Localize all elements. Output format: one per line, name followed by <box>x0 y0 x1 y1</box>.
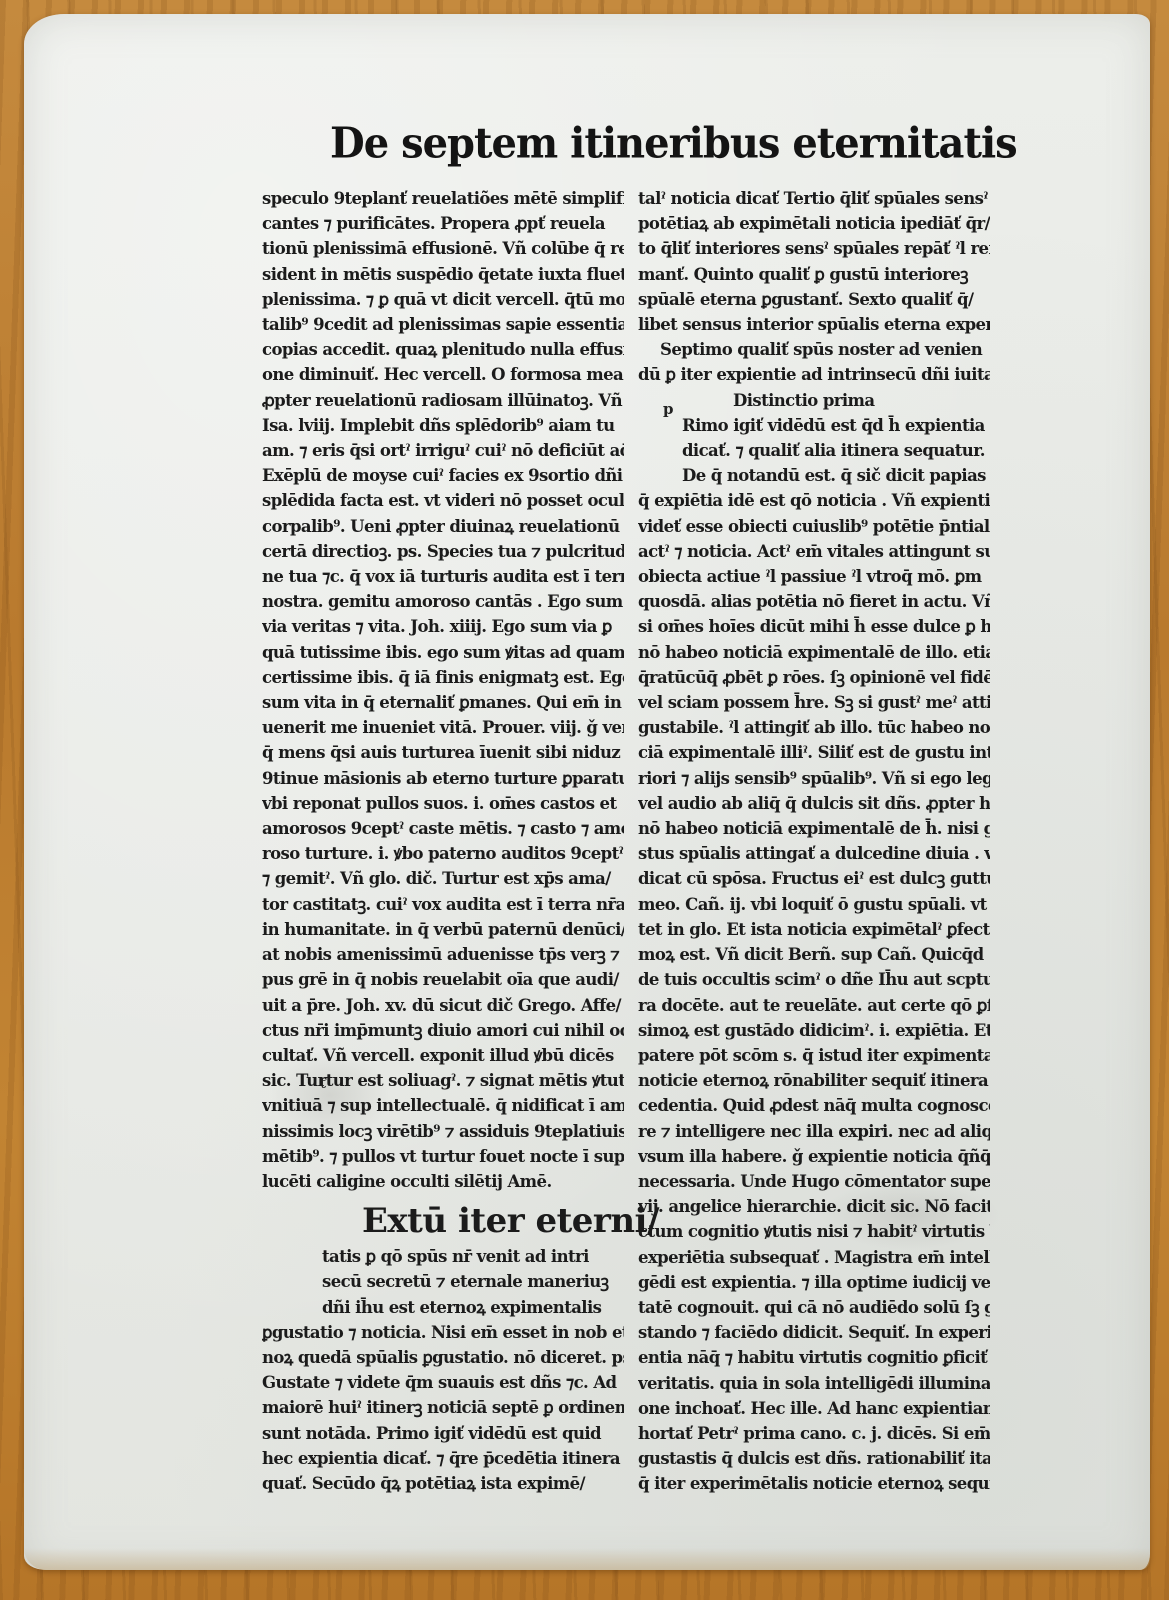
text-line: 9tinue māsionis ab eterno turture ꝑparat… <box>262 766 624 791</box>
text-line: tor castitatꝫ. cuiˀ vox audita est ī ter… <box>262 892 624 917</box>
guide-letter-t: t <box>320 1074 326 1092</box>
text-line: tionū plenissimā effusionē. Vñ colūbe q̄… <box>262 236 624 261</box>
text-line: pus grē in q̄ nobis reuelabit oīa que au… <box>262 967 624 992</box>
text-line: sum vita in q̄ eternaliť ꝑmanes. Qui em̄… <box>262 690 624 715</box>
text-line: hec expientia dicať. ⁊ q̄re p̄cedētia it… <box>262 1446 624 1471</box>
text-line: am. ⁊ eris q̄si ortˀ irriguˀ cuiˀ nō def… <box>262 438 624 463</box>
text-line: corpalib⁹. Ueni ꝓpter diuinaꝝ reuelation… <box>262 514 624 539</box>
text-line: in humanitate. in q̄ verbū paternū denūc… <box>262 917 624 942</box>
text-line: secū secretū ⁊ eternale maneriuꝫ <box>262 1269 624 1294</box>
text-line: sunt notāda. Primo igiť vidēdū est quid <box>262 1421 624 1446</box>
text-line: vij. angelice hierarchie. dicit sic. Nō … <box>638 1194 990 1219</box>
text-line: simoꝝ est gustādo didicimˀ. i. expiētia.… <box>638 1018 990 1043</box>
left-body-text: speculo 9teplanť reuelatiões mētē simpli… <box>262 186 624 1194</box>
text-line: ctus nr̄i imp̄muntꝫ diuio amori cui nihi… <box>262 1018 624 1043</box>
section-heading: Extū iter eterni/ <box>262 1198 624 1244</box>
left-column: speculo 9teplanť reuelatiões mētē simpli… <box>262 186 624 1496</box>
text-line: nissimis locꝫ virētib⁹ ⁊ assiduis 9tepla… <box>262 1119 624 1144</box>
text-line: vbi reponat pullos suos. i. om̄es castos… <box>262 791 624 816</box>
distinction-heading: Distinctio prima <box>638 388 990 413</box>
text-line: dicať. ⁊ qualiť alia itinera sequatur. <box>638 438 990 463</box>
text-line: cedentia. Quid ꝓdest nāq̄ multa cognosce… <box>638 1093 990 1118</box>
text-line: sident in mētis suspēdio q̄etate iuxta f… <box>262 262 624 287</box>
text-line: veritatis. quia in sola intelligēdi illu… <box>638 1371 990 1396</box>
text-line: re ⁊ intelligere nec illa expiri. nec ad… <box>638 1119 990 1144</box>
text-line: de tuis occultis scimˀ o dñe Ih̄u aut sc… <box>638 967 990 992</box>
text-line: one diminuiť. Hec vercell. O formosa mea <box>262 362 624 387</box>
text-line: quā tutissime ibis. ego sum ꝟitas ad qua… <box>262 640 624 665</box>
text-line: nostra. gemitu amoroso cantās . Ego sum <box>262 589 624 614</box>
text-line: vsum illa habere. ǧ expientie noticia q̄… <box>638 1144 990 1169</box>
text-line: dñi ih̄u est eternoꝝ expimentalis <box>262 1295 624 1320</box>
text-line: dū ꝑ iter expientie ad intrinsecū dñi iu… <box>638 362 990 387</box>
text-line: stando ⁊ faciēdo didicit. Sequiť. In exp… <box>638 1320 990 1345</box>
section-body-text: tatis ꝑ qō spūs nr̄ venit ad intrisecū s… <box>262 1244 624 1496</box>
text-line: certissime ibis. q̄ iā finis enigmatꝫ es… <box>262 665 624 690</box>
text-line: q̄ expiētia idē est qō noticia . Vñ expi… <box>638 488 990 513</box>
text-line: lucēti caligine occulti silētij Amē. <box>262 1169 624 1194</box>
text-line: si om̄es hoīes dicūt mihi h̄ esse dulce … <box>638 614 990 639</box>
text-line: Exēplū de moyse cuiˀ facies ex 9sortio d… <box>262 463 624 488</box>
text-line: copias accedit. quaꝝ plenitudo nulla eff… <box>262 337 624 362</box>
text-line: obiecta actiue ˀl passiue ˀl vtroq̄ mō. … <box>638 564 990 589</box>
text-line: patere pōt scōm s. q̄ istud iter expimen… <box>638 1043 990 1068</box>
text-line: uenerit me inueniet vitā. Prouer. viij. … <box>262 715 624 740</box>
text-line: Isa. lviij. Implebit dñs splēdorib⁹ aiam… <box>262 413 624 438</box>
right-column: talˀ noticia dicať Tertio q̄liť spūales … <box>638 186 990 1497</box>
right-body-text: talˀ noticia dicať Tertio q̄liť spūales … <box>638 186 990 388</box>
text-line: talˀ noticia dicať Tertio q̄liť spūales … <box>638 186 990 211</box>
text-line: noꝝ quedā spūalis ꝑgustatio. nō diceret.… <box>262 1345 624 1370</box>
text-line: cultať. Vñ vercell. exponit illud ꝟbū di… <box>262 1043 624 1068</box>
text-line: q̄ratūcūq̄ ꝓbēt ꝑ rōes. ſꝫ opinionē vel … <box>638 665 990 690</box>
text-line: stus spūalis attingať a dulcedine diuia … <box>638 841 990 866</box>
text-line: noticie eternoꝝ rōnabiliter sequiť itine… <box>638 1068 990 1093</box>
guide-letter-p: p <box>663 400 674 418</box>
text-line: q̄ iter experimētalis noticie eternoꝝ se… <box>638 1471 990 1496</box>
text-line: Septimo qualiť spūs noster ad venien <box>638 337 990 362</box>
text-line: vel sciam possem h̄re. Sꝫ si gustˀ meˀ a… <box>638 690 990 715</box>
text-line: manť. Quinto qualiť ꝑ gustū interioreꝫ <box>638 262 990 287</box>
text-line: riori ⁊ alijs sensib⁹ spūalib⁹. Vñ si eg… <box>638 766 990 791</box>
text-line: actˀ ⁊ noticia. Actˀ em̄ vitales attingu… <box>638 539 990 564</box>
text-line: vnitiuā ⁊ sup intellectualē. q̄ nidifica… <box>262 1093 624 1118</box>
text-line: maiorē huiˀ itinerꝫ noticiā septē ꝑ ordi… <box>262 1395 624 1420</box>
text-line: cantes ⁊ purificātes. Propera ꝓpť reuela <box>262 211 624 236</box>
distinction-body-text: Rimo igiť vidēdū est q̄d h̄ expientiadic… <box>638 413 990 1497</box>
text-line: videť esse obiecti cuiuslib⁹ potētie p̄n… <box>638 514 990 539</box>
text-line: tet in glo. Et ista noticia expimētalˀ ꝑ… <box>638 917 990 942</box>
text-line: nō habeo noticiā expimentalē de h̄. nisi… <box>638 816 990 841</box>
text-line: ra docēte. aut te reuelāte. aut certe qō… <box>638 993 990 1018</box>
text-line: ne tua ⁊c. q̄ vox iā turturis audita est… <box>262 564 624 589</box>
text-line: amorosos 9ceptˀ caste mētis. ⁊ casto ⁊ a… <box>262 816 624 841</box>
text-line: meo. Cañ. ij. vbi loquiť ō gustu spūali.… <box>638 892 990 917</box>
text-line: Gustate ⁊ videte q̄m suauis est dñs ⁊c. … <box>262 1370 624 1395</box>
text-line: necessaria. Unde Hugo cōmentator super <box>638 1169 990 1194</box>
text-line: vel audio ab aliq̄ q̄ dulcis sit dñs. ꝓp… <box>638 791 990 816</box>
text-line: talib⁹ 9cedit ad plenissimas sapie essen… <box>262 312 624 337</box>
text-line: De q̄ notandū est. q̄ sič dicit papias <box>638 463 990 488</box>
text-line: ꝓpter reuelationū radiosam illūinatoꝫ. V… <box>262 388 624 413</box>
text-line: spūalē eterna ꝑgustanť. Sexto qualiť q̄/ <box>638 287 990 312</box>
text-line: gēdi est expientia. ⁊ illa optime iudici… <box>638 1270 990 1295</box>
running-title: De septem itineribus eternitatis <box>330 119 910 168</box>
text-line: sic. Turtur est soliuagˀ. ⁊ signat mētis… <box>262 1068 624 1093</box>
text-line: hortať Petrˀ prima cano. c. j. dicēs. Si… <box>638 1421 990 1446</box>
text-line: libet sensus interior spūalis eterna exp… <box>638 312 990 337</box>
text-line: q̄ mens q̄si auis turturea īuenit sibi n… <box>262 740 624 765</box>
text-line: ꝑgustatio ⁊ noticia. Nisi em̄ esset in n… <box>262 1320 624 1345</box>
text-line: roso turture. i. ꝟbo paterno auditos 9ce… <box>262 841 624 866</box>
text-line: potētiaꝝ ab expimētali noticia ipediāť q… <box>638 211 990 236</box>
text-line: to q̄liť interiores sensˀ spūales repāť … <box>638 236 990 261</box>
text-line: one inchoať. Hec ille. Ad hanc expientia… <box>638 1396 990 1421</box>
text-line: splēdida facta est. vt videri nō posset … <box>262 488 624 513</box>
text-line: ⁊ gemitˀ. Vñ glo. dič. Turtur est xp̄s a… <box>262 866 624 891</box>
text-line: at nobis amenissimū aduenisse tp̄s verꝫ … <box>262 942 624 967</box>
text-line: experiētia subsequať . Magistra em̄ inte… <box>638 1245 990 1270</box>
text-line: tatē cognouit. qui cā nō audiēdo solū ſꝫ… <box>638 1295 990 1320</box>
text-line: uit a p̄re. Joh. xv. dū sicut dič Grego.… <box>262 993 624 1018</box>
text-line: moꝝ est. Vñ dicit Berñ. sup Cañ. Quicq̄d <box>638 942 990 967</box>
text-line: gustastis q̄ dulcis est dñs. rationabili… <box>638 1446 990 1471</box>
text-line: entia nāq̄ ⁊ habitu virtutis cognitio ꝑf… <box>638 1345 990 1370</box>
text-line: ciā expimentalē illiˀ. Siliť est de gust… <box>638 740 990 765</box>
text-line: Rimo igiť vidēdū est q̄d h̄ expientia <box>638 413 990 438</box>
text-line: ctum cognitio ꝟtutis nisi ⁊ habitˀ virtu… <box>638 1219 990 1244</box>
text-line: gustabile. ˀl attingiť ab illo. tūc habe… <box>638 715 990 740</box>
text-line: plenissima. ⁊ ꝑ quā vt dicit vercell. q̄… <box>262 287 624 312</box>
text-line: quať. Secūdo q̄ꝝ potētiaꝝ ista expimē/ <box>262 1471 624 1496</box>
text-line: certā directioꝫ. ps. Species tua ⁊ pulcr… <box>262 539 624 564</box>
text-line: quosdā. alias potētia nō fieret in actu.… <box>638 589 990 614</box>
text-line: via veritas ⁊ vita. Joh. xiiij. Ego sum … <box>262 614 624 639</box>
text-line: tatis ꝑ qō spūs nr̄ venit ad intri <box>262 1244 624 1269</box>
text-line: nō habeo noticiā expimentalē de illo. et… <box>638 640 990 665</box>
text-line: speculo 9teplanť reuelatiões mētē simpli… <box>262 186 624 211</box>
text-line: mētib⁹. ⁊ pullos vt turtur fouet nocte ī… <box>262 1144 624 1169</box>
text-line: dicat cū spōsa. Fructus eiˀ est dulcꝫ gu… <box>638 866 990 891</box>
